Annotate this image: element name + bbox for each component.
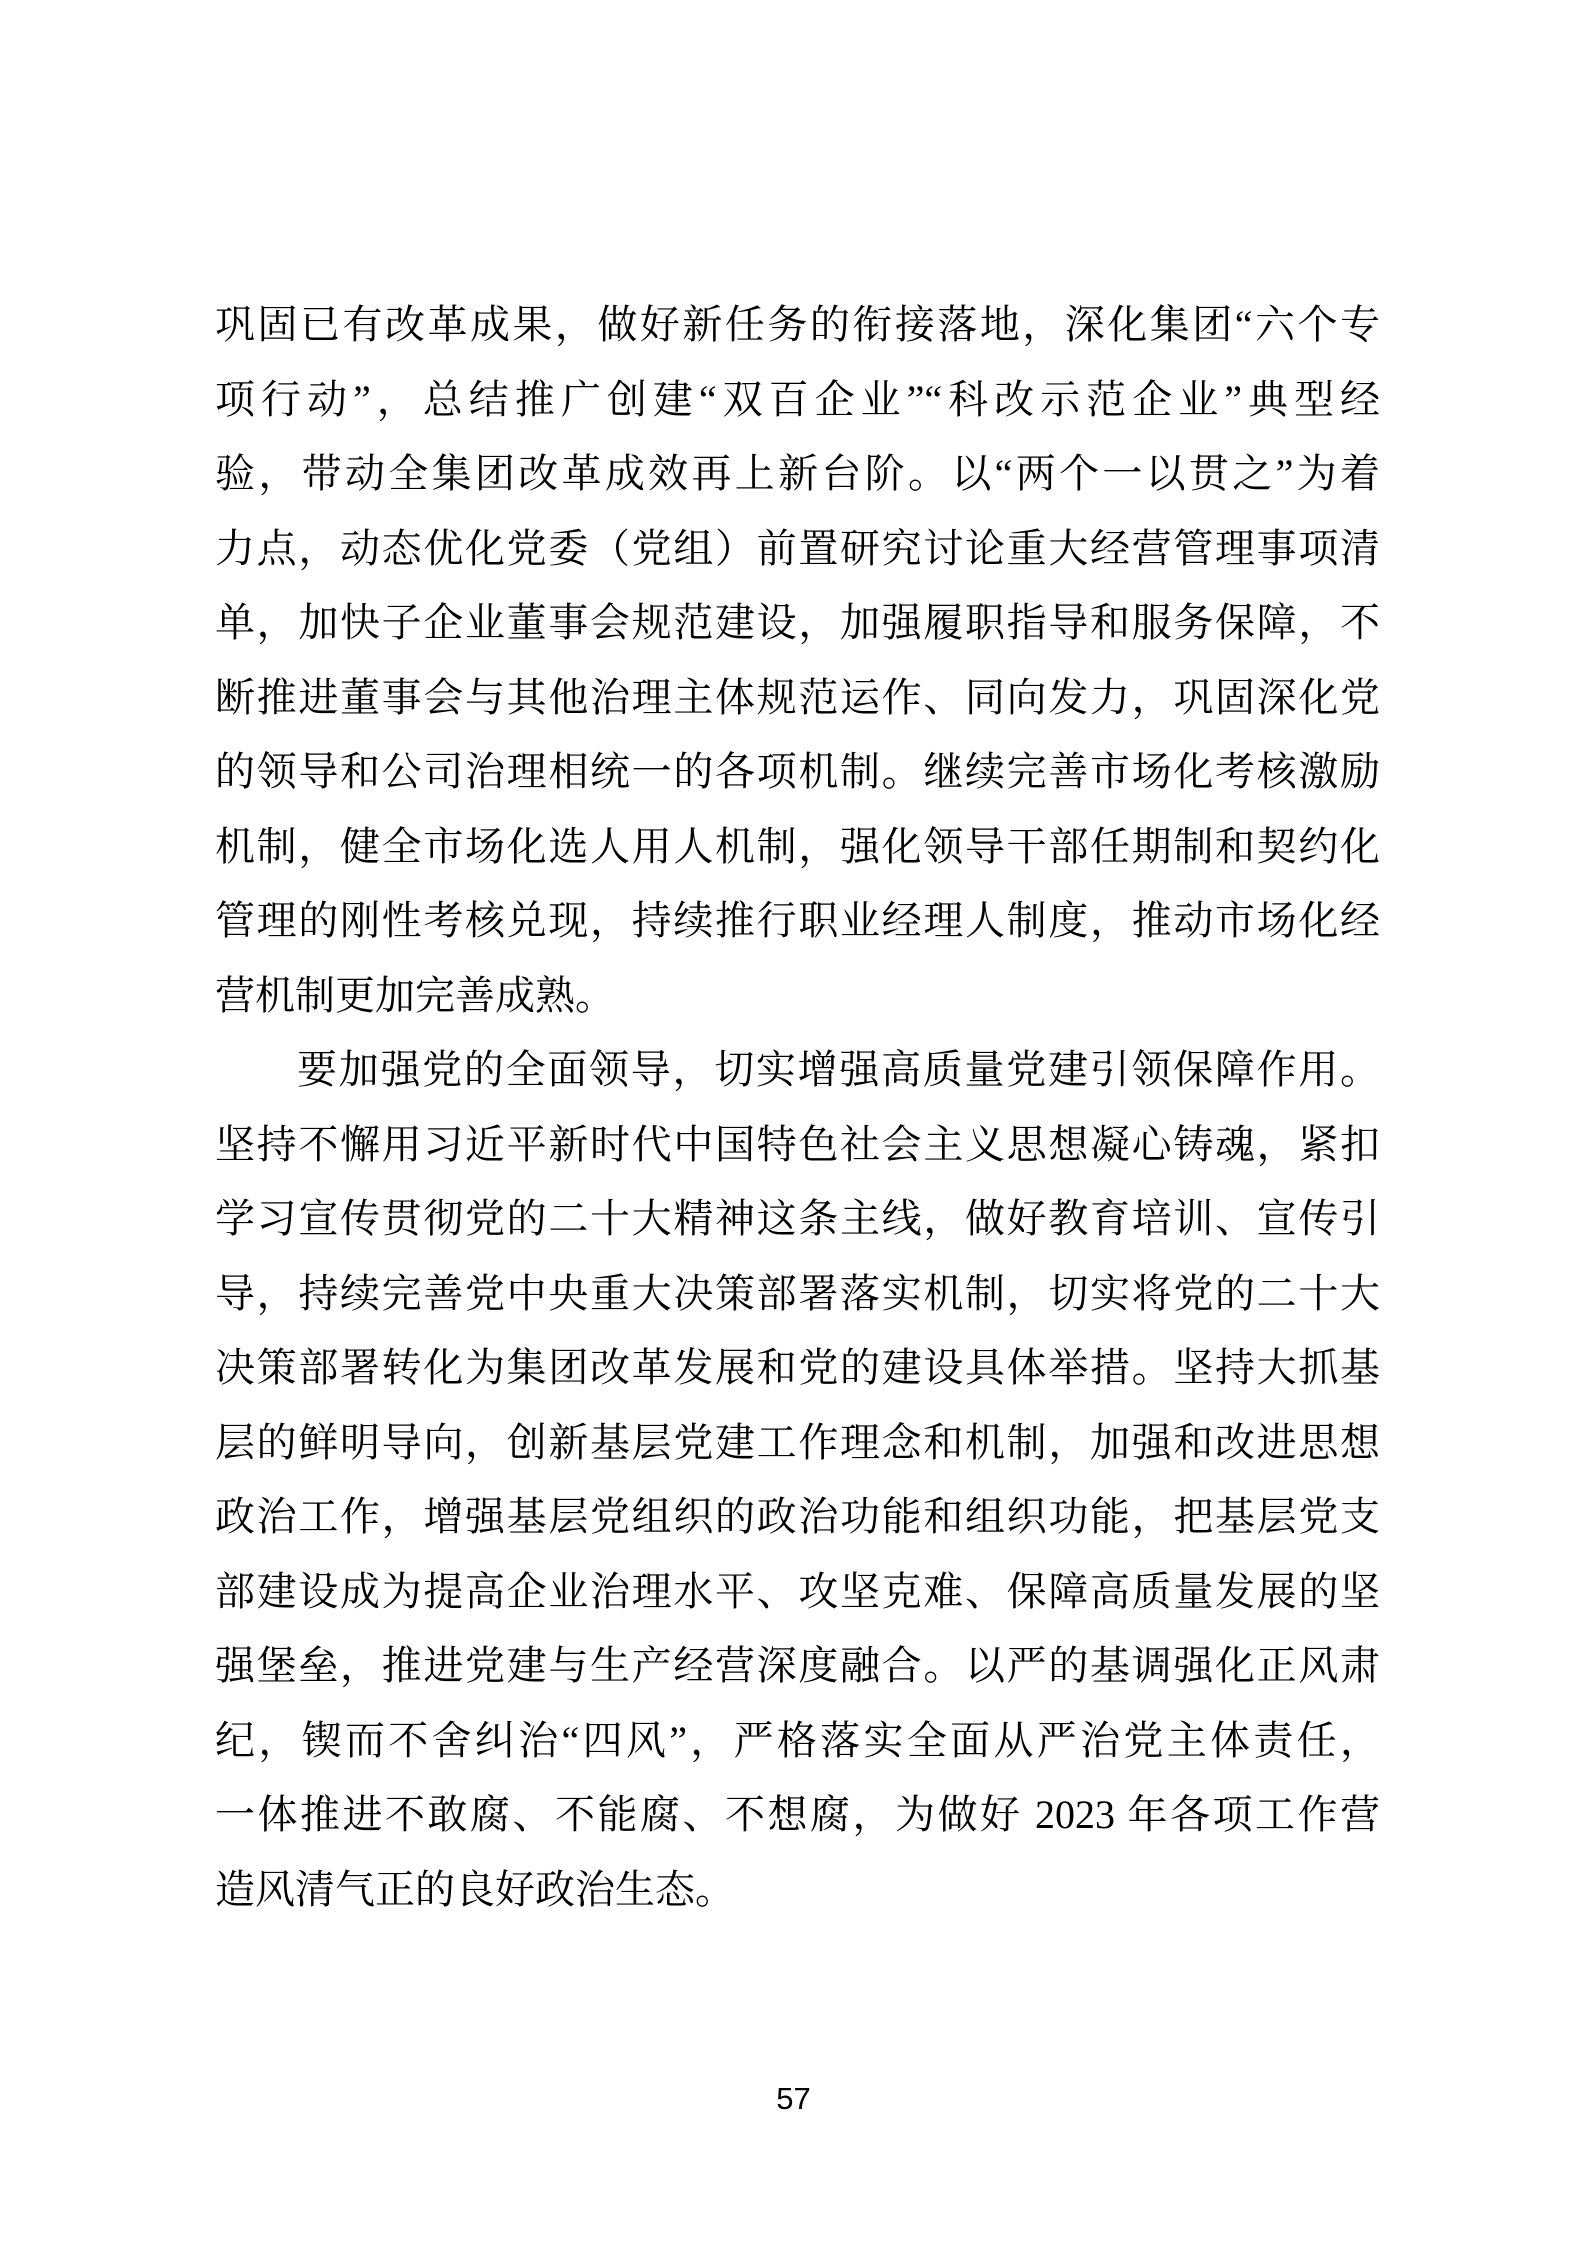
text-line: 强堡垒，推进党建与生产经营深度融合。以严的基调强化正风肃	[215, 1629, 1380, 1704]
text-line: 纪，锲而不舍纠治“四风”，严格落实全面从严治党主体责任，	[215, 1704, 1380, 1779]
body-text: 巩固已有改革成果，做好新任务的衔接落地，深化集团“六个专项行动”，总结推广创建“…	[215, 288, 1380, 1927]
text-line: 层的鲜明导向，创新基层党建工作理念和机制，加强和改进思想	[215, 1406, 1380, 1481]
text-line: 机制，健全市场化选人用人机制，强化领导干部任期制和契约化	[215, 810, 1380, 885]
text-line: 部建设成为提高企业治理水平、攻坚克难、保障高质量发展的坚	[215, 1555, 1380, 1630]
text-line: 单，加快子企业董事会规范建设，加强履职指导和服务保障，不	[215, 586, 1380, 661]
text-line: 营机制更加完善成熟。	[215, 959, 1380, 1034]
page-number: 57	[0, 2081, 1587, 2117]
text-line: 巩固已有改革成果，做好新任务的衔接落地，深化集团“六个专	[215, 288, 1380, 363]
text-line: 政治工作，增强基层党组织的政治功能和组织功能，把基层党支	[215, 1480, 1380, 1555]
text-line: 的领导和公司治理相统一的各项机制。继续完善市场化考核激励	[215, 735, 1380, 810]
text-line: 验，带动全集团改革成效再上新台阶。以“两个一以贯之”为着	[215, 437, 1380, 512]
text-line: 导，持续完善党中央重大决策部署落实机制，切实将党的二十大	[215, 1257, 1380, 1332]
text-line: 项行动”，总结推广创建“双百企业”“科改示范企业”典型经	[215, 363, 1380, 438]
text-line: 断推进董事会与其他治理主体规范运作、同向发力，巩固深化党	[215, 661, 1380, 736]
text-line: 力点，动态优化党委（党组）前置研究讨论重大经营管理事项清	[215, 512, 1380, 587]
text-line: 要加强党的全面领导，切实增强高质量党建引领保障作用。	[215, 1033, 1380, 1108]
text-line: 学习宣传贯彻党的二十大精神这条主线，做好教育培训、宣传引	[215, 1182, 1380, 1257]
document-page: 巩固已有改革成果，做好新任务的衔接落地，深化集团“六个专项行动”，总结推广创建“…	[0, 0, 1587, 2245]
text-line: 一体推进不敢腐、不能腐、不想腐，为做好 2023 年各项工作营	[215, 1778, 1380, 1853]
text-line: 决策部署转化为集团改革发展和党的建设具体举措。坚持大抓基	[215, 1331, 1380, 1406]
text-line: 坚持不懈用习近平新时代中国特色社会主义思想凝心铸魂，紧扣	[215, 1108, 1380, 1183]
text-line: 造风清气正的良好政治生态。	[215, 1853, 1380, 1928]
text-line: 管理的刚性考核兑现，持续推行职业经理人制度，推动市场化经	[215, 884, 1380, 959]
